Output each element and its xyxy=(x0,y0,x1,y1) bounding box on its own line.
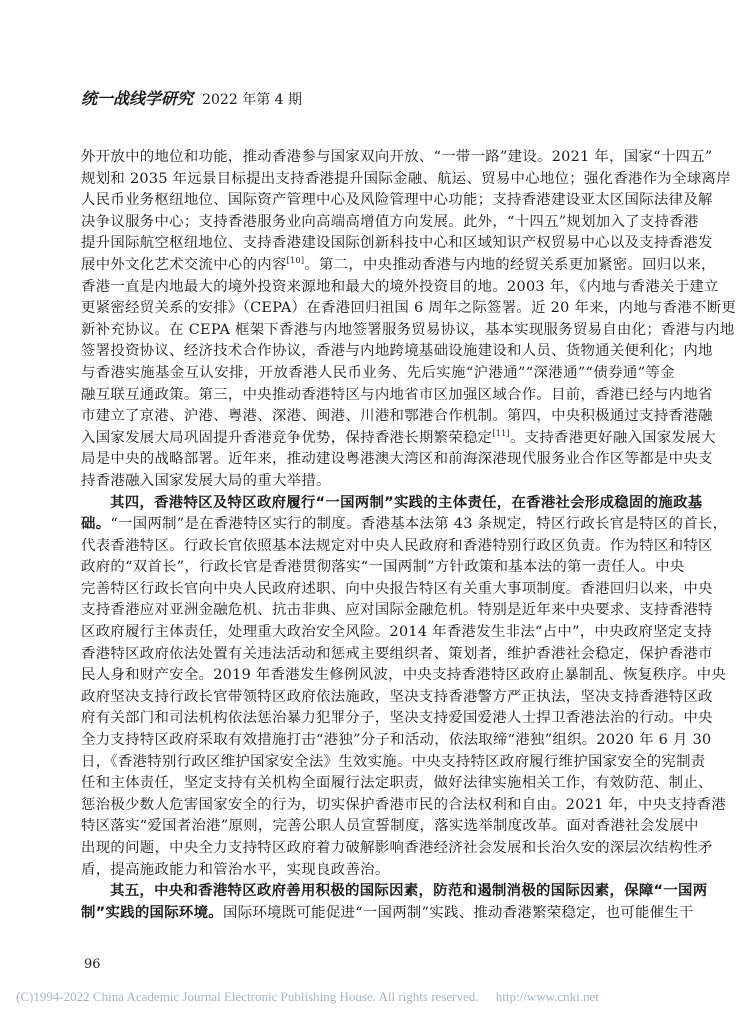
line-text: 提升国际航空枢纽地位、支持香港建设国际创新科技中心和区域知识产权贸易中心以及支持… xyxy=(81,235,713,251)
text-line: 全力支持特区政府采取有效措施打击“港独”分子和活动，依法取缔“港独”组织。202… xyxy=(81,730,675,752)
text-line: 制”实践的国际环境。国际环境既可能促进“一国两制”实践、推动香港繁荣稳定，也可能… xyxy=(81,903,675,925)
line-text: 完善特区行政长官向中央人民政府述职、向中央报告特区有关重大事项制度。香港回归以来… xyxy=(81,581,713,597)
line-text: 府有关部门和司法机构依法惩治暴力犯罪分子，坚决支持爱国爱港人士捍卫香港法治的行动… xyxy=(81,710,713,726)
text-line: 特区落实“爱国者治港”原则，完善公职人员宣誓制度，落实选举制度改革。面对香港社会… xyxy=(81,816,675,838)
text-line: 任和主体责任，坚定支持有关机构全面履行法定职责，做好法律实施相关工作，有效防范、… xyxy=(81,773,675,795)
text-line: 区政府履行主体责任，处理重大政治安全风险。2014 年香港发生非法“占中”，中央… xyxy=(81,622,675,644)
text-line: 人民币业务枢纽地位、国际资产管理中心及风险管理中心功能；支持香港建设亚太区国际法… xyxy=(81,190,675,212)
citation-reference: [11] xyxy=(492,429,510,438)
line-text: 与香港实施基金互认安排，开放香港人民币业务、先后实施“沪港通”“深港通”“债券通… xyxy=(81,365,675,381)
line-text: 人民币业务枢纽地位、国际资产管理中心及风险管理中心功能；支持香港建设亚太区国际法… xyxy=(81,192,713,208)
text-line: 其五，中央和香港特区政府善用积极的国际因素，防范和遏制消极的国际因素，保障“一国… xyxy=(81,881,675,903)
text-line: 局是中央的战略部署。近年来，推动建设粤港澳大湾区和前海深港现代服务业合作区等都是… xyxy=(81,449,675,471)
text-line: 民人身和财产安全。2019 年香港发生修例风波，中央支持香港特区政府止暴制乱、恢… xyxy=(81,665,675,687)
line-text: 融互联互通政策。第三，中央推动香港特区与内地省市区加强区域合作。目前，香港已经与… xyxy=(81,387,713,403)
text-line: 与香港实施基金互认安排，开放香港人民币业务、先后实施“沪港通”“深港通”“债券通… xyxy=(81,363,675,385)
line-text: 民人身和财产安全。2019 年香港发生修例风波，中央支持香港特区政府止暴制乱、恢… xyxy=(81,667,726,683)
text-line: 代表香港特区。行政长官依照基本法规定对中央人民政府和香港特别行政区负责。作为特区… xyxy=(81,536,675,558)
line-text: 出现的问题，中央全力支持特区政府着力破解影响香港经济社会发展和长治久安的深层次结… xyxy=(81,840,713,856)
line-text: 惩治极少数人危害国家安全的行为，切实保护香港市民的合法权利和自由。2021 年，… xyxy=(81,797,726,813)
text-line: 新补充协议。在 CEPA 框架下香港与内地签署服务贸易协议，基本实现服务贸易自由… xyxy=(81,320,675,342)
line-text: 区政府履行主体责任，处理重大政治安全风险。2014 年香港发生非法“占中”，中央… xyxy=(81,624,712,640)
line-text: 代表香港特区。行政长官依照基本法规定对中央人民政府和香港特别行政区负责。作为特区… xyxy=(81,538,713,554)
line-text: 决争议服务中心；支持香港服务业向高端高增值方向发展。此外，“十四五”规划加入了支… xyxy=(81,214,699,230)
issue-label: 2022 年第 4 期 xyxy=(202,92,302,108)
line-text: 盾，提高施政能力和管治水平，实现良政善治。 xyxy=(81,862,390,878)
line-text: 签署投资协议、经济技术合作协议，香港与内地跨境基础设施建设和人员、货物通关便利化… xyxy=(81,343,713,359)
line-text: 特区落实“爱国者治港”原则，完善公职人员宣誓制度，落实选举制度改革。面对香港社会… xyxy=(81,818,699,834)
line-text: 。第二，中央推动香港与内地的经贸关系更加紧密。回归以来， xyxy=(304,257,715,273)
text-line: 规划和 2035 年远景目标提出支持香港提升国际金融、航运、贸易中心地位；强化香… xyxy=(81,169,675,191)
citation-reference: [10] xyxy=(287,256,305,265)
text-line: 市建立了京港、沪港、粤港、深港、闽港、川港和鄂港合作机制。第四，中央积极通过支持… xyxy=(81,406,675,428)
text-line: 政府的“双首长”，行政长官是香港贯彻落实“一国两制”方针政策和基本法的第一责任人… xyxy=(81,557,675,579)
copyright-footer: (C)1994-2022 China Academic Journal Elec… xyxy=(16,989,599,1005)
article-body: 外开放中的地位和功能，推动香港参与国家双向开放、“一带一路”建设。2021 年，… xyxy=(81,147,675,924)
line-text: 全力支持特区政府采取有效措施打击“港独”分子和活动，依法取缔“港独”组织。202… xyxy=(81,732,712,748)
text-line: 政府坚决支持行政长官带领特区政府依法施政，坚决支持香港警方严正执法，坚决支持香港… xyxy=(81,687,675,709)
text-line: 支持香港应对亚洲金融危机、抗击非典、应对国际金融危机。特别是近年来中央要求、支持… xyxy=(81,600,675,622)
line-text: 香港一直是内地最大的境外投资来源地和最大的境外投资目的地。2003 年，《内地与… xyxy=(81,279,719,295)
line-text: 外开放中的地位和功能，推动香港参与国家双向开放、“一带一路”建设。2021 年，… xyxy=(81,149,713,165)
line-text: 政府的“双首长”，行政长官是香港贯彻落实“一国两制”方针政策和基本法的第一责任人… xyxy=(81,559,685,575)
line-text: 局是中央的战略部署。近年来，推动建设粤港澳大湾区和前海深港现代服务业合作区等都是… xyxy=(81,451,713,467)
line-text: 入国家发展大局巩固提升香港竞争优势，保持香港长期繁荣稳定 xyxy=(81,430,492,446)
line-text: 持香港融入国家发展大局的重大举措。 xyxy=(81,473,331,489)
copyright-notice: (C)1994-2022 China Academic Journal Elec… xyxy=(16,989,479,1004)
text-line: 出现的问题，中央全力支持特区政府着力破解影响香港经济社会发展和长治久安的深层次结… xyxy=(81,838,675,860)
text-line: 完善特区行政长官向中央人民政府述职、向中央报告特区有关重大事项制度。香港回归以来… xyxy=(81,579,675,601)
line-text: 香港特区政府依法处置有关违法活动和惩戒主要组织者、策划者，维护香港社会稳定，保护… xyxy=(81,646,713,662)
line-text: 政府坚决支持行政长官带领特区政府依法施政，坚决支持香港警方严正执法，坚决支持香港… xyxy=(81,689,713,705)
line-text: 。支持香港更好融入国家发展大 xyxy=(510,430,716,446)
text-line: 其四，香港特区及特区政府履行“一国两制”实践的主体责任，在香港社会形成稳固的施政… xyxy=(81,493,675,515)
line-text: 任和主体责任，坚定支持有关机构全面履行法定职责，做好法律实施相关工作，有效防范、… xyxy=(81,775,713,791)
text-line: 融互联互通政策。第三，中央推动香港特区与内地省市区加强区域合作。目前，香港已经与… xyxy=(81,385,675,407)
bold-heading-text: 础。 xyxy=(81,516,110,532)
text-line: 础。“一国两制”是在香港特区实行的制度。香港基本法第 43 条规定，特区行政长官… xyxy=(81,514,675,536)
text-line: 持香港融入国家发展大局的重大举措。 xyxy=(81,471,675,493)
text-line: 更紧密经贸关系的安排》（CEPA）在香港回归祖国 6 周年之际签署。近 20 年… xyxy=(81,298,675,320)
journal-title: 统一战线学研究 xyxy=(81,89,193,108)
page-number: 96 xyxy=(84,957,101,973)
line-text: 新补充协议。在 CEPA 框架下香港与内地签署服务贸易协议，基本实现服务贸易自由… xyxy=(81,322,735,338)
text-line: 外开放中的地位和功能，推动香港参与国家双向开放、“一带一路”建设。2021 年，… xyxy=(81,147,675,169)
line-text: 日，《香港特别行政区维护国家安全法》生效实施。中央支持特区政府履行维护国家安全的… xyxy=(81,754,706,770)
text-line: 府有关部门和司法机构依法惩治暴力犯罪分子，坚决支持爱国爱港人士捍卫香港法治的行动… xyxy=(81,708,675,730)
line-text: “一国两制”是在香港特区实行的制度。香港基本法第 43 条规定，特区行政长官是特… xyxy=(110,516,727,532)
line-text: 更紧密经贸关系的安排》（CEPA）在香港回归祖国 6 周年之际签署。近 20 年… xyxy=(81,300,736,316)
text-line: 盾，提高施政能力和管治水平，实现良政善治。 xyxy=(81,860,675,882)
line-text: 规划和 2035 年远景目标提出支持香港提升国际金融、航运、贸易中心地位；强化香… xyxy=(81,171,731,187)
cnki-url: http://www.cnki.net xyxy=(496,989,599,1004)
text-line: 决争议服务中心；支持香港服务业向高端高增值方向发展。此外，“十四五”规划加入了支… xyxy=(81,212,675,234)
bold-heading-text: 其四，香港特区及特区政府履行“一国两制”实践的主体责任，在香港社会形成稳固的施政… xyxy=(110,495,702,511)
line-text: 展中外文化艺术交流中心的内容 xyxy=(81,257,287,273)
text-line: 日，《香港特别行政区维护国家安全法》生效实施。中央支持特区政府履行维护国家安全的… xyxy=(81,752,675,774)
bold-heading-text: 其五，中央和香港特区政府善用积极的国际因素，防范和遏制消极的国际因素，保障“一国… xyxy=(110,883,707,899)
line-text: 支持香港应对亚洲金融危机、抗击非典、应对国际金融危机。特别是近年来中央要求、支持… xyxy=(81,602,713,618)
line-text: 国际环境既可能促进“一国两制”实践、推动香港繁荣稳定，也可能催生干 xyxy=(223,905,694,921)
text-line: 惩治极少数人危害国家安全的行为，切实保护香港市民的合法权利和自由。2021 年，… xyxy=(81,795,675,817)
text-line: 签署投资协议、经济技术合作协议，香港与内地跨境基础设施建设和人员、货物通关便利化… xyxy=(81,341,675,363)
text-line: 香港特区政府依法处置有关违法活动和惩戒主要组织者、策划者，维护香港社会稳定，保护… xyxy=(81,644,675,666)
text-line: 香港一直是内地最大的境外投资来源地和最大的境外投资目的地。2003 年，《内地与… xyxy=(81,277,675,299)
bold-heading-text: 制”实践的国际环境。 xyxy=(81,905,223,921)
text-line: 展中外文化艺术交流中心的内容[10]。第二，中央推动香港与内地的经贸关系更加紧密… xyxy=(81,255,675,277)
running-header: 统一战线学研究 2022 年第 4 期 xyxy=(81,88,302,111)
text-line: 入国家发展大局巩固提升香港竞争优势，保持香港长期繁荣稳定[11]。支持香港更好融… xyxy=(81,428,675,450)
text-line: 提升国际航空枢纽地位、支持香港建设国际创新科技中心和区域知识产权贸易中心以及支持… xyxy=(81,233,675,255)
line-text: 市建立了京港、沪港、粤港、深港、闽港、川港和鄂港合作机制。第四，中央积极通过支持… xyxy=(81,408,713,424)
